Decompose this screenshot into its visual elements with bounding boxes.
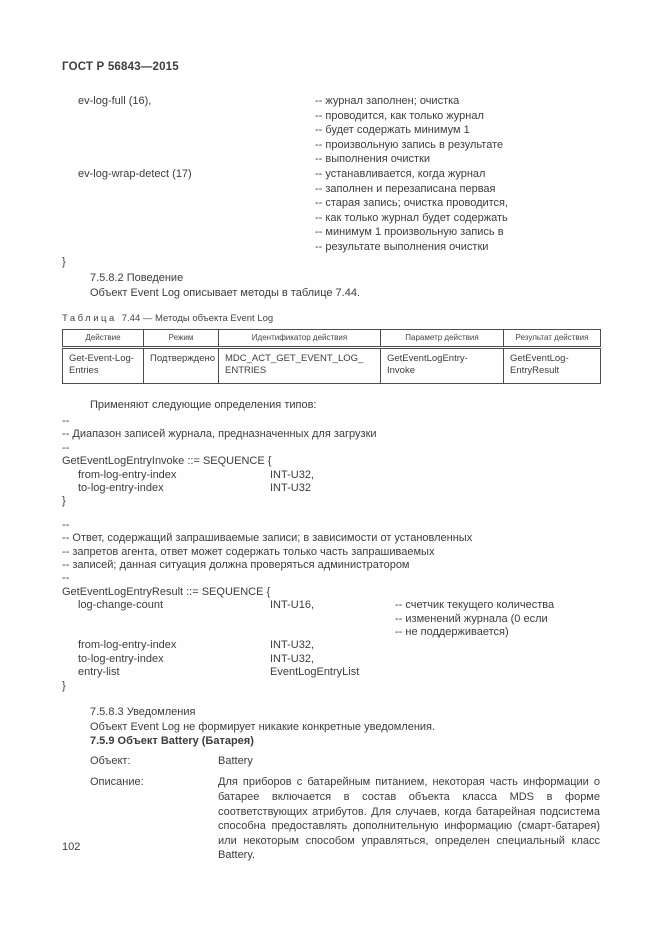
enum-member-comments: -- журнал заполнен; очистка -- проводитс… xyxy=(315,94,600,167)
code-block-result: -- -- Ответ, содержащий запрашиваемые за… xyxy=(62,519,600,693)
object-value: Battery xyxy=(218,754,600,769)
code-sequence-head: GetEventLogEntryInvoke ::= SEQUENCE { xyxy=(62,455,600,468)
enum-definition-block: ev-log-full (16), -- журнал заполнен; оч… xyxy=(62,94,600,269)
table-cell: GetEventLogEntry- Invoke xyxy=(381,348,504,384)
code-comment: -- xyxy=(62,415,600,428)
field-type xyxy=(270,613,395,626)
field-type: INT-U32, xyxy=(270,653,395,666)
section-body: Объект Event Log описывает методы в табл… xyxy=(90,286,600,301)
table-cell: GetEventLog- EntryResult xyxy=(504,348,601,384)
field-name: to-log-entry-index xyxy=(62,653,270,666)
enum-item: ev-log-full (16), -- журнал заполнен; оч… xyxy=(62,94,600,167)
code-field-row: to-log-entry-index INT-U32 xyxy=(62,482,600,495)
field-name xyxy=(62,613,270,626)
code-comment: -- записей; данная ситуация должна прове… xyxy=(62,559,600,572)
closing-brace: } xyxy=(62,680,600,693)
battery-object-row: Объект: Battery xyxy=(62,754,600,769)
description-label: Описание: xyxy=(62,775,218,863)
table-caption-word: Таблица xyxy=(62,313,117,324)
table-cell: Подтверждено xyxy=(144,348,219,384)
code-comment: -- старая запись; очистка проводится, xyxy=(315,196,600,211)
battery-description-row: Описание: Для приборов с батарейным пита… xyxy=(62,775,600,863)
section-body: Объект Event Log не формирует никакие ко… xyxy=(90,720,600,735)
field-type: INT-U16, xyxy=(270,599,395,612)
table-header-cell: Действие xyxy=(63,330,144,348)
field-comment xyxy=(395,666,600,679)
code-comment: -- Диапазон записей журнала, предназначе… xyxy=(62,428,600,441)
table-caption-text: 7.44 — Методы объекта Event Log xyxy=(122,313,273,324)
field-type: INT-U32 xyxy=(270,482,395,495)
code-field-row: -- изменений журнала (0 если xyxy=(62,613,600,626)
field-comment xyxy=(395,653,600,666)
field-name: log-change-count xyxy=(62,599,270,612)
table-cell: Get-Event-Log- Entries xyxy=(63,348,144,384)
enum-item: ev-log-wrap-detect (17) -- устанавливает… xyxy=(62,167,600,255)
code-comment: -- выполнения очистки xyxy=(315,152,600,167)
page-content: ГОСТ Р 56843—2015 ev-log-full (16), -- ж… xyxy=(62,60,600,863)
code-comment: -- Ответ, содержащий запрашиваемые запис… xyxy=(62,532,600,545)
code-comment: -- минимум 1 произвольную запись в xyxy=(315,225,600,240)
closing-brace: } xyxy=(62,255,600,270)
section-notifications: 7.5.8.3 Уведомления Объект Event Log не … xyxy=(62,705,600,749)
table-header-cell: Результат действия xyxy=(504,330,601,348)
document-page: ГОСТ Р 56843—2015 ev-log-full (16), -- ж… xyxy=(0,0,661,935)
code-comment: -- заполнен и перезаписана первая xyxy=(315,182,600,197)
description-text: Для приборов с батарейным питанием, неко… xyxy=(218,775,600,863)
types-intro: Применяют следующие определения типов: xyxy=(62,398,600,413)
field-type xyxy=(270,626,395,639)
code-comment: -- устанавливается, когда журнал xyxy=(315,167,600,182)
table-cell: MDC_ACT_GET_EVENT_LOG_ ENTRIES xyxy=(219,348,381,384)
enum-member-comments: -- устанавливается, когда журнал -- запо… xyxy=(315,167,600,255)
code-comment: -- произвольную запись в результате xyxy=(315,138,600,153)
field-type: INT-U32, xyxy=(270,469,395,482)
enum-member-name: ev-log-wrap-detect (17) xyxy=(62,167,315,255)
field-name: entry-list xyxy=(62,666,270,679)
methods-table: Действие Режим Идентификатор действия Па… xyxy=(62,329,601,384)
field-name: from-log-entry-index xyxy=(62,469,270,482)
field-type: EventLogEntryList xyxy=(270,666,395,679)
code-sequence-head: GetEventLogEntryResult ::= SEQUENCE { xyxy=(62,586,600,599)
field-comment: -- счетчик текущего количества xyxy=(395,599,600,612)
document-header: ГОСТ Р 56843—2015 xyxy=(62,60,600,74)
code-block-invoke: -- -- Диапазон записей журнала, предназн… xyxy=(62,415,600,509)
code-comment: -- как только журнал будет содержать xyxy=(315,211,600,226)
code-field-row: from-log-entry-index INT-U32, xyxy=(62,469,600,482)
code-comment: -- будет содержать минимум 1 xyxy=(315,123,600,138)
field-name: to-log-entry-index xyxy=(62,482,270,495)
table-header-cell: Параметр действия xyxy=(381,330,504,348)
field-comment: -- изменений журнала (0 если xyxy=(395,613,600,626)
section-heading: 7.5.8.2 Поведение xyxy=(90,271,600,286)
table-header-cell: Идентификатор действия xyxy=(219,330,381,348)
table-caption: Таблица7.44 — Методы объекта Event Log xyxy=(62,313,600,324)
section-heading: 7.5.8.3 Уведомления xyxy=(90,705,600,720)
code-comment: -- журнал заполнен; очистка xyxy=(315,94,600,109)
object-label: Объект: xyxy=(62,754,218,769)
table-header-cell: Режим xyxy=(144,330,219,348)
code-comment: -- проводится, как только журнал xyxy=(315,109,600,124)
field-name xyxy=(62,626,270,639)
code-comment: -- результате выполнения очистки xyxy=(315,240,600,255)
code-comment: -- xyxy=(62,519,600,532)
field-name: from-log-entry-index xyxy=(62,639,270,652)
field-type: INT-U32, xyxy=(270,639,395,652)
code-comment: -- запретов агента, ответ может содержат… xyxy=(62,546,600,559)
table-header-row: Действие Режим Идентификатор действия Па… xyxy=(63,330,601,348)
field-comment: -- не поддерживается) xyxy=(395,626,600,639)
code-field-row: -- не поддерживается) xyxy=(62,626,600,639)
table-row: Get-Event-Log- Entries Подтверждено MDC_… xyxy=(63,348,601,384)
section-behavior: 7.5.8.2 Поведение Объект Event Log описы… xyxy=(62,271,600,300)
code-comment: -- xyxy=(62,442,600,455)
code-field-row: to-log-entry-index INT-U32, xyxy=(62,653,600,666)
field-comment xyxy=(395,469,600,482)
section-heading-battery: 7.5.9 Объект Battery (Батарея) xyxy=(90,734,600,749)
code-field-row: log-change-count INT-U16, -- счетчик тек… xyxy=(62,599,600,612)
code-comment: -- xyxy=(62,572,600,585)
page-number: 102 xyxy=(62,841,80,853)
code-field-row: from-log-entry-index INT-U32, xyxy=(62,639,600,652)
closing-brace: } xyxy=(62,495,600,508)
code-field-row: entry-list EventLogEntryList xyxy=(62,666,600,679)
field-comment xyxy=(395,482,600,495)
field-comment xyxy=(395,639,600,652)
enum-member-name: ev-log-full (16), xyxy=(62,94,315,167)
